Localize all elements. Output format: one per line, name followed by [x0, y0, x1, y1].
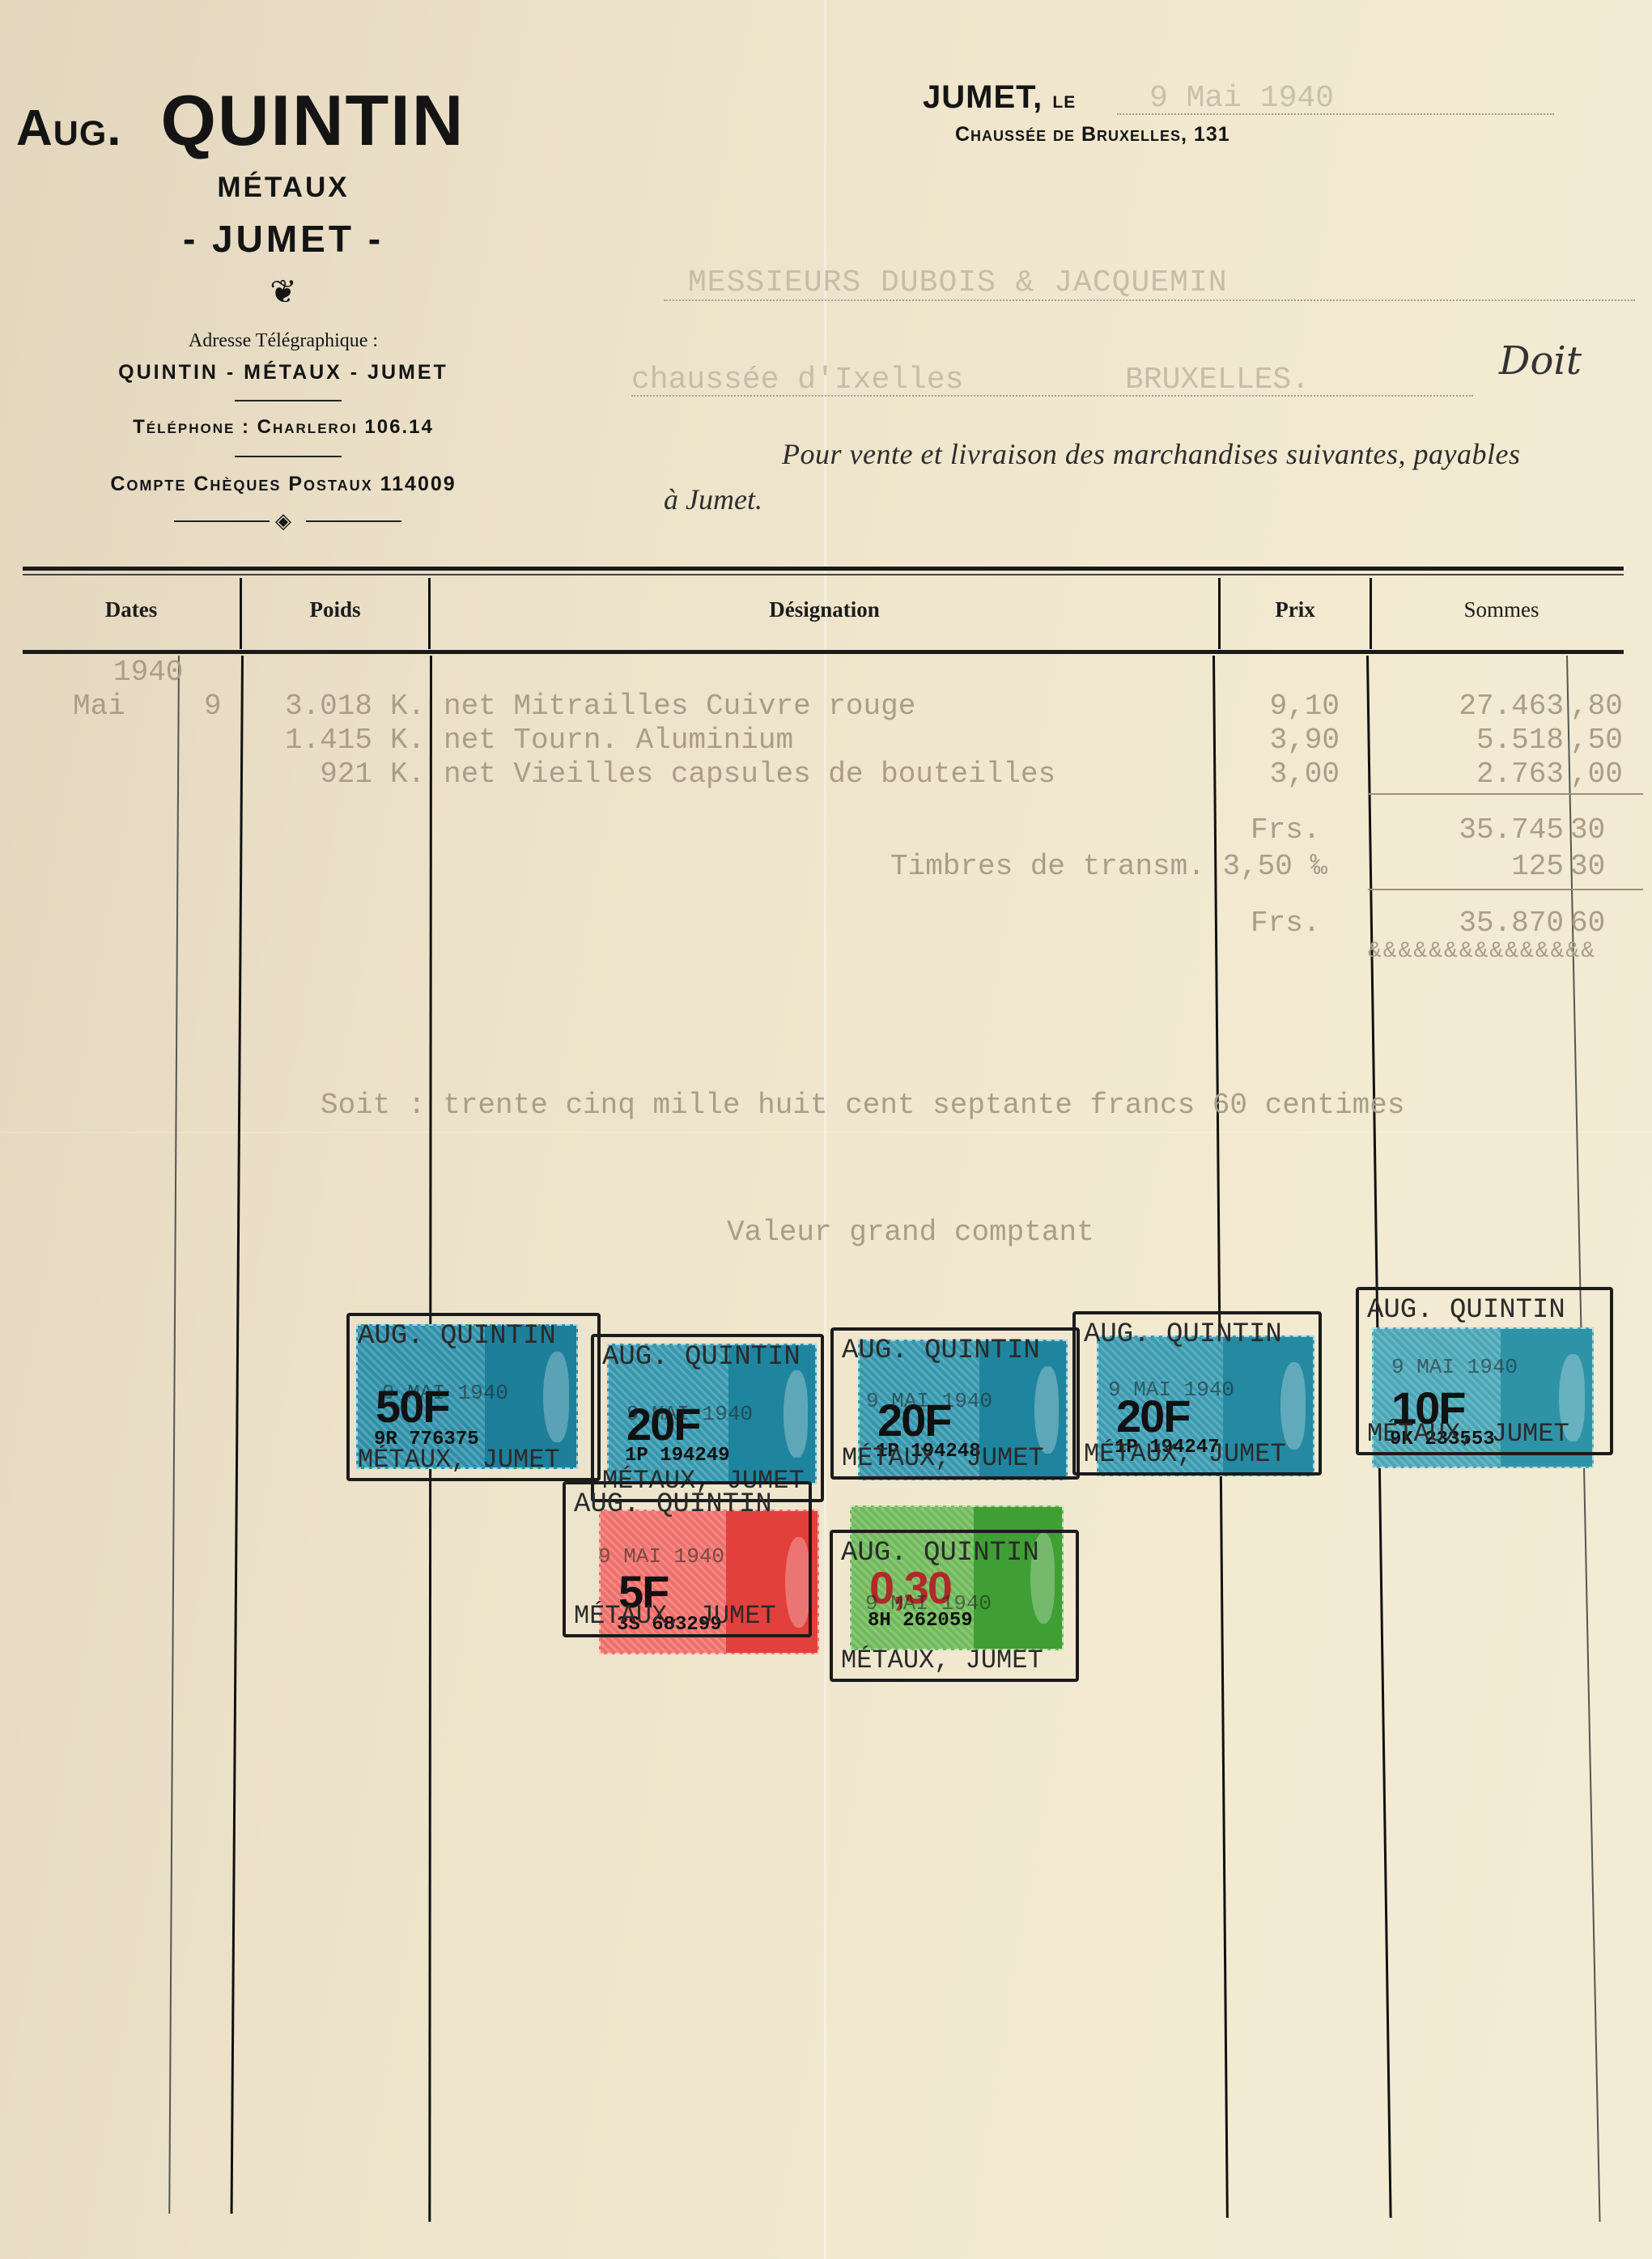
telegraph-address: QUINTIN - MÉTAUX - JUMET: [49, 361, 518, 384]
doit-label: Doit: [1499, 338, 1582, 384]
tax-cents: 30: [1570, 850, 1605, 883]
postmark-date: 9 MAI 1940: [598, 1544, 724, 1569]
recipient-dotted-line: [631, 395, 1473, 397]
item-cents: ,80: [1570, 690, 1623, 723]
company-name: Aug.QUINTIN: [16, 79, 465, 162]
item-unit: K.: [390, 758, 425, 791]
cancellation-postmark: AUG. QUINTIN 9 MAI 1940 MÉTAUX, JUMET: [346, 1313, 601, 1481]
cancellation-postmark: AUG. QUINTIN 9 MAI 1940 MÉTAUX, JUMET: [563, 1481, 812, 1637]
item-weight: 3.018: [251, 690, 372, 723]
postal-account: Compte Chèques Postaux 114009: [49, 473, 518, 496]
item-unit: K.: [390, 690, 425, 723]
divider: [235, 400, 342, 401]
subtotal-cents: 30: [1570, 813, 1605, 847]
place-le: le: [1052, 87, 1076, 113]
company-prefix: Aug.: [16, 100, 122, 156]
sale-terms-cont: à Jumet.: [664, 482, 762, 516]
table-top-rule: [23, 567, 1624, 571]
column-header-prix: Prix: [1221, 597, 1370, 622]
postmark-date: 9 MAI 1940: [382, 1381, 508, 1405]
postmark-date: 9 MAI 1940: [1108, 1378, 1234, 1402]
paper-fold: [824, 0, 826, 2259]
invoice-date: 9 Mai 1940: [1149, 81, 1334, 116]
divider: [235, 456, 342, 457]
company-surname: QUINTIN: [161, 80, 465, 160]
company-town: - JUMET -: [49, 217, 518, 261]
invoice-year: 1940: [113, 656, 183, 689]
table-top-rule-thin: [23, 574, 1624, 575]
column-header-designation: Désignation: [431, 597, 1218, 622]
sale-terms: Pour vente et livraison des marchandises…: [782, 437, 1521, 471]
cancellation-postmark: AUG. QUINTIN 9 MAI 1940 MÉTAUX, JUMET: [1356, 1287, 1613, 1455]
postmark-date: 9 MAI 1940: [866, 1389, 992, 1413]
item-amount: 27.463: [1376, 690, 1564, 723]
postmark-line1: AUG. QUINTIN: [602, 1342, 801, 1373]
recipient-city: BRUXELLES.: [1125, 363, 1310, 397]
cancellation-postmark: AUG. QUINTIN 9 MAI 1940 MÉTAUX, JUMET: [830, 1530, 1079, 1682]
total-cents: 60: [1570, 907, 1605, 940]
item-weight: 1.415: [251, 724, 372, 757]
paper-fold: [0, 1132, 1652, 1133]
column-header-poids: Poids: [242, 597, 428, 622]
item-designation: net Vieilles capsules de bouteilles: [444, 758, 1055, 791]
total-rule: [1368, 889, 1643, 890]
postmark-line1: AUG. QUINTIN: [842, 1335, 1040, 1366]
item-designation: net Mitrailles Cuivre rouge: [444, 690, 915, 723]
place-of-issue: JUMET, le: [923, 79, 1076, 116]
divider: [306, 520, 401, 522]
subtotal-rule: [1368, 793, 1643, 795]
fleuron-ornament-icon: ❦: [49, 274, 518, 311]
telephone: Téléphone : Charleroi 106.14: [49, 416, 518, 439]
cancellation-postmark: AUG. QUINTIN 9 MAI 1940 MÉTAUX, JUMET: [830, 1327, 1080, 1480]
tax-amount: 125: [1376, 850, 1564, 883]
item-weight: 921: [251, 758, 372, 791]
postmark-line2: MÉTAUX, JUMET: [358, 1445, 560, 1475]
postmark-line1: AUG. QUINTIN: [841, 1538, 1039, 1569]
item-price: 3,00: [1214, 758, 1340, 791]
postmark-line2: MÉTAUX, JUMET: [841, 1645, 1043, 1675]
telegraph-label: Adresse Télégraphique :: [49, 330, 518, 352]
column-header-dates: Dates: [23, 597, 240, 622]
postmark-date: 9 MAI 1940: [626, 1402, 753, 1426]
date-day-separator: [168, 656, 180, 2214]
item-price: 9,10: [1214, 690, 1340, 723]
total-label: Frs.: [1251, 907, 1320, 940]
date-dotted-line: [1117, 113, 1554, 115]
table-header-rule: [23, 650, 1624, 654]
subtotal-amount: 35.745: [1376, 813, 1564, 847]
ornament-icon: ◈: [275, 508, 291, 533]
cancellation-postmark: AUG. QUINTIN 9 MAI 1940 MÉTAUX, JUMET: [591, 1334, 824, 1502]
invoice-day: 9: [204, 690, 222, 723]
item-price: 3,90: [1214, 724, 1340, 757]
column-line: [231, 656, 244, 2214]
postmark-line2: MÉTAUX, JUMET: [842, 1443, 1044, 1473]
payment-terms: Valeur grand comptant: [727, 1216, 1094, 1249]
item-amount: 2.763: [1376, 758, 1564, 791]
postmark-line2: MÉTAUX, JUMET: [574, 1601, 776, 1631]
item-designation: net Tourn. Aluminium: [444, 724, 793, 757]
postmark-line1: AUG. QUINTIN: [1367, 1295, 1565, 1326]
divider: [174, 520, 270, 522]
recipient-street: chaussée d'Ixelles: [631, 363, 963, 397]
item-cents: ,00: [1570, 758, 1623, 791]
total-amount: 35.870: [1376, 907, 1564, 940]
subtotal-label: Frs.: [1251, 813, 1320, 847]
cancellation-postmark: AUG. QUINTIN 9 MAI 1940 MÉTAUX, JUMET: [1072, 1311, 1322, 1476]
postmark-date: 9 MAI 1940: [1391, 1355, 1518, 1379]
item-unit: K.: [390, 724, 425, 757]
recipient-name: MESSIEURS DUBOIS & JACQUEMIN: [688, 265, 1228, 300]
postmark-date: 9 MAI 1940: [865, 1591, 992, 1616]
total-double-underline: &&&&&&&&&&&&&&&: [1368, 939, 1647, 964]
item-cents: ,50: [1570, 724, 1623, 757]
sender-street: Chaussée de Bruxelles, 131: [955, 123, 1230, 146]
tax-label: Timbres de transm. 3,50 ‰: [890, 850, 1327, 883]
postmark-line1: AUG. QUINTIN: [574, 1489, 772, 1520]
recipient-dotted-line: [664, 299, 1635, 301]
amount-in-words: Soit : trente cinq mille huit cent septa…: [321, 1089, 1404, 1122]
postmark-line2: MÉTAUX, JUMET: [1084, 1439, 1286, 1469]
column-header-sommes: Sommes: [1372, 597, 1631, 622]
postmark-line1: AUG. QUINTIN: [1084, 1319, 1282, 1350]
place-name: JUMET,: [923, 79, 1043, 115]
postmark-line1: AUG. QUINTIN: [358, 1321, 556, 1352]
postmark-line2: MÉTAUX, JUMET: [1367, 1419, 1569, 1449]
company-trade: MÉTAUX: [49, 172, 518, 204]
invoice-month: Mai: [73, 690, 125, 723]
item-amount: 5.518: [1376, 724, 1564, 757]
